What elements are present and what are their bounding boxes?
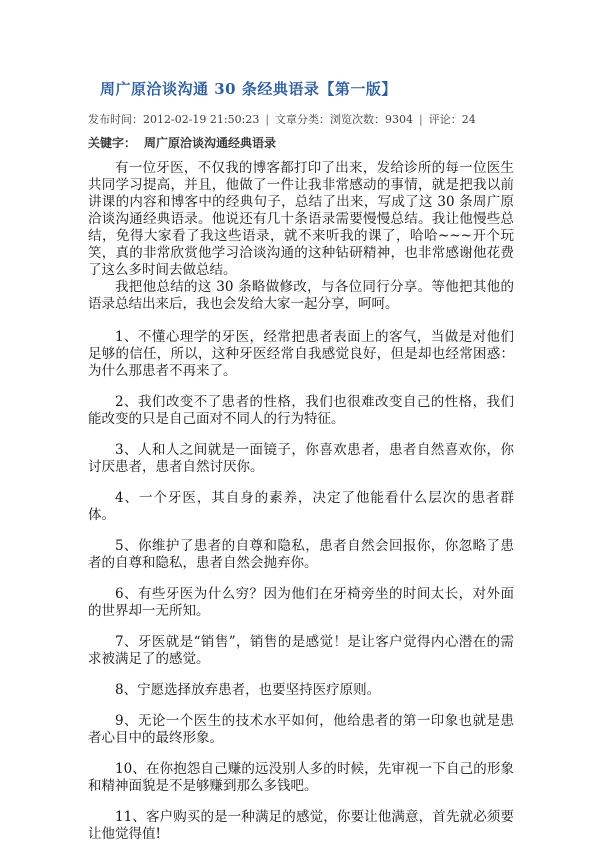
views-count: 9304 xyxy=(385,113,413,126)
article-meta: 发布时间：2012-02-19 21:50:23|文章分类：浏览次数：9304|… xyxy=(88,111,514,127)
page-title: 周广原洽谈沟通 30 条经典语录【第一版】 xyxy=(100,78,514,99)
quote-item: 2、我们改变不了患者的性格，我们也很难改变自己的性格，我们能改变的只是自己面对不… xyxy=(88,394,514,428)
quote-item: 8、宁愿选择放弃患者，也要坚持医疗原则。 xyxy=(88,682,514,699)
quote-item: 5、你维护了患者的自尊和隐私，患者自然会回报你，你忽略了患者的自尊和隐私，患者自… xyxy=(88,538,514,572)
quote-item: 9、无论一个医生的技术水平如何，他给患者的第一印象也就是患者心目中的最终形象。 xyxy=(88,713,514,747)
publish-time-label: 发布时间： xyxy=(88,113,143,126)
quote-item: 6、有些牙医为什么穷？因为他们在牙椅旁坐的时间太长，对外面的世界却一无所知。 xyxy=(88,586,514,620)
comments-count: 24 xyxy=(462,113,476,126)
article-page: 周广原洽谈沟通 30 条经典语录【第一版】 发布时间：2012-02-19 21… xyxy=(0,0,600,848)
meta-separator: | xyxy=(265,113,269,126)
quote-item: 4、一个牙医，其自身的素养，决定了他能看什么层次的患者群体。 xyxy=(88,490,514,524)
comments-label: 评论： xyxy=(429,113,462,126)
category-label: 文章分类： xyxy=(275,113,330,126)
quote-item: 10、在你抱怨自己赚的远没别人多的时候，先审视一下自己的形象和精神面貌是不是够赚… xyxy=(88,761,514,795)
quote-item: 1、不懂心理学的牙医，经常把患者表面上的客气，当做是对他们足够的信任，所以，这种… xyxy=(88,329,514,380)
views-label: 浏览次数： xyxy=(330,113,385,126)
intro-paragraph: 有一位牙医，不仅我的博客都打印了出来，发给诊所的每一位医生共同学习提高，并且，他… xyxy=(88,160,514,279)
article-body: 有一位牙医，不仅我的博客都打印了出来，发给诊所的每一位医生共同学习提高，并且，他… xyxy=(88,160,514,843)
quote-item: 7、牙医就是“销售”，销售的是感觉！是让客户觉得内心潜在的需求被满足了的感觉。 xyxy=(88,634,514,668)
quote-item: 11、客户购买的是一种满足的感觉，你要让他满意，首先就必须要让他觉得值! xyxy=(88,809,514,843)
keywords-label: 关键字： xyxy=(88,136,136,150)
publish-time-value: 2012-02-19 21:50:23 xyxy=(143,113,259,126)
keywords-line: 关键字：周广原洽谈沟通经典语录 xyxy=(88,134,514,151)
meta-separator: | xyxy=(419,113,423,126)
keywords-value: 周广原洽谈沟通经典语录 xyxy=(144,136,276,150)
quote-item: 3、人和人之间就是一面镜子，你喜欢患者，患者自然喜欢你，你讨厌患者，患者自然讨厌… xyxy=(88,442,514,476)
intro-paragraph: 我把他总结的这 30 条略做修改，与各位同行分享。等他把其他的语录总结出来后，我… xyxy=(88,279,514,313)
